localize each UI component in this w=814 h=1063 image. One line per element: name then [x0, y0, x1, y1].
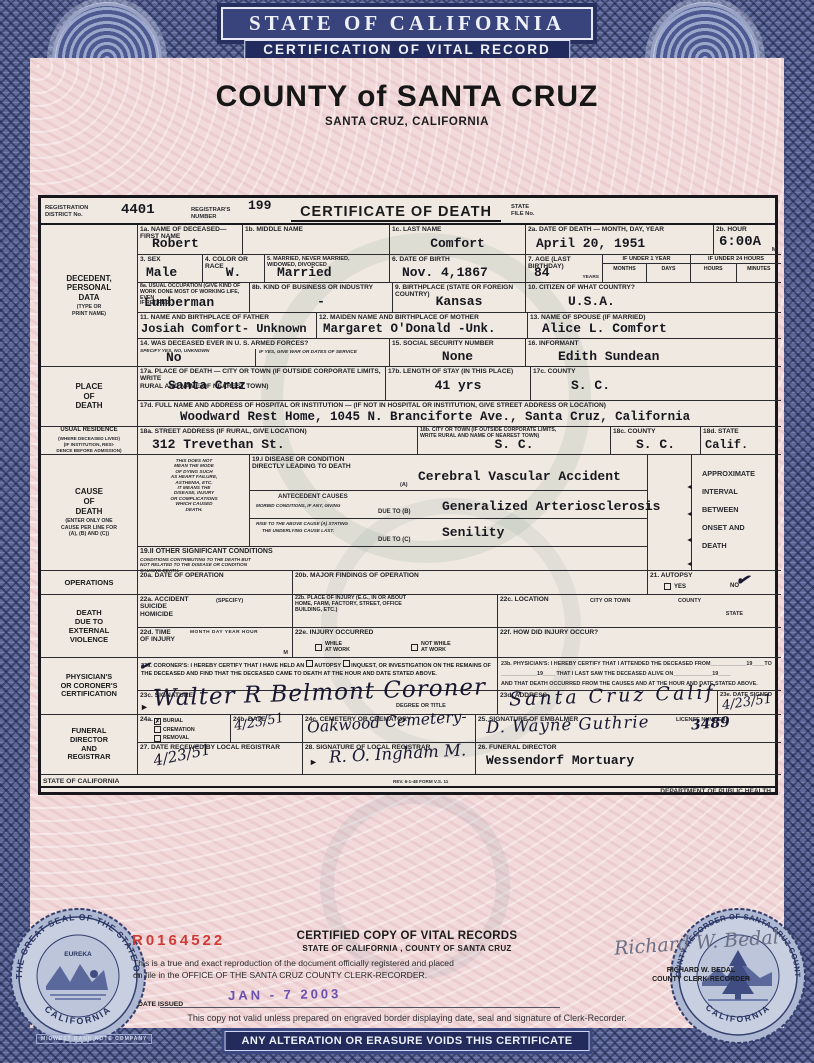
clerk-recorder-name: RICHARD W. BEDAL: [608, 967, 794, 974]
cause-interval-cell: APPROXIMATE INTERVAL BETWEEN ONSET AND D…: [692, 455, 781, 571]
state-banner: STATE OF CALIFORNIA: [221, 7, 593, 40]
removal-label: REMOVAL: [163, 734, 189, 743]
f7u1-months: MONTHS: [603, 264, 646, 282]
field-1a-first-name: 1a. NAME OF DECEASED—FIRST NAME Robert: [138, 225, 243, 255]
f21-label: 21. AUTOPSY: [650, 572, 780, 579]
form-footer-department: DEPARTMENT OF PUBLIC HEALTH: [660, 788, 771, 796]
record-banner: CERTIFICATION OF VITAL RECORD: [244, 40, 570, 59]
field-14-armed-forces: 14. WAS DECEASED EVER IN U. S. ARMED FOR…: [138, 339, 390, 367]
autopsy-yes-checkbox: [664, 583, 671, 590]
clerk-recorder-title: COUNTY CLERK-RECORDER: [608, 976, 794, 983]
f18b-value: S. C.: [418, 437, 610, 452]
field-7-if-under-24-hours: IF UNDER 24 HOURS HOURS MINUTES: [691, 255, 781, 283]
form-footer-state: STATE OF CALIFORNIA: [43, 778, 119, 786]
place-of-death-label: PLACE OF DEATH: [75, 382, 102, 411]
certified-copy-body: This is a true and exact reproduction of…: [133, 958, 533, 981]
county-title: COUNTY of SANTA CRUZ: [0, 80, 814, 114]
f19-antecedent-note2: RISE TO THE ABOVE CAUSE (A) STATING: [256, 521, 348, 526]
f22a-sublabel: (SPECIFY): [216, 598, 243, 604]
form-header: REGISTRATION DISTRICT No. 4401 REGISTRAR…: [41, 198, 775, 225]
field-20b-major-findings: 20b. MAJOR FINDINGS OF OPERATION: [293, 571, 648, 595]
field-17d-hospital: 17d. FULL NAME AND ADDRESS OF HOSPITAL O…: [138, 401, 781, 427]
field-21-autopsy: 21. AUTOPSY YES NO: [648, 571, 781, 595]
section-place-of-death: PLACE OF DEATH: [41, 367, 138, 427]
field-22e-injury-occurred: 22e. INJURY OCCURRED WHILE AT WORK NOT W…: [293, 628, 498, 658]
f19-antecedent-note3: THE UNDERLYING CAUSE LAST.: [262, 528, 334, 533]
field-7-age: 7. AGE (LAST BIRTHDAY) 84 YEARS: [526, 255, 603, 283]
f17b-label: 17b. LENGTH OF STAY (IN THIS PLACE): [388, 368, 529, 375]
field-1b-middle-name: 1b. MIDDLE NAME: [243, 225, 390, 255]
f7u24-label: IF UNDER 24 HOURS: [691, 255, 781, 264]
f19-c-value: Senility: [442, 525, 504, 540]
certificate-of-death-form: REGISTRATION DISTRICT No. 4401 REGISTRAR…: [38, 195, 778, 795]
f19-due-b-label: DUE TO (B): [378, 509, 411, 516]
f18c-label: 18c. COUNTY: [613, 428, 699, 435]
f22c-state-label: STATE: [726, 611, 743, 617]
f7u1-label: IF UNDER 1 YEAR: [603, 255, 690, 264]
f14-sublabel2: IF YES, GIVE WAR OR DATES OF SERVICE: [259, 350, 379, 356]
burial-option: ✗BURIAL: [154, 717, 195, 726]
pointer-icon: ►: [140, 702, 149, 712]
f22c-county-label: COUNTY: [678, 598, 701, 604]
cause-main-cell: 19.I DISEASE OR CONDITION DIRECTLY LEADI…: [250, 455, 648, 547]
disposition-options: ✗BURIAL CREMATION REMOVAL: [154, 717, 195, 743]
section-operations: OPERATIONS: [41, 571, 138, 595]
f8b-value: -: [250, 294, 392, 309]
cremation-label: CREMATION: [163, 726, 195, 735]
field-1c-last-name: 1c. LAST NAME Comfort: [390, 225, 526, 255]
autopsy-no-checkmark: ✔: [735, 569, 751, 590]
f26-value: Wessendorf Mortuary: [486, 753, 634, 768]
f8b-label: 8b. KIND OF BUSINESS OR INDUSTRY: [252, 284, 391, 291]
f7u24-hours: HOURS: [691, 264, 736, 282]
f23b-line1: 23b. PHYSICIAN'S: I HEREBY CERTIFY THAT …: [501, 661, 772, 667]
form-rev-note: REV. 6-1-48 FORM V.S. 11: [393, 779, 448, 784]
f23a-pre: 23a. CORONER'S: I HEREBY CERTIFY THAT I …: [141, 663, 304, 669]
field-22d-time-of-injury: 22d. TIME OF INJURY MONTH DAY YEAR HOUR …: [138, 628, 293, 658]
f17a-value: Santa Cruz: [168, 378, 246, 393]
field-22a-accident-suicide-homicide: 22a. ACCIDENT SUICIDE HOMICIDE (SPECIFY): [138, 595, 293, 628]
field-2b-hour: 2b. HOUR 6:00A M.: [714, 225, 781, 255]
f2b-meridiem: M.: [772, 247, 778, 253]
state-file-label: STATE FILE No.: [511, 204, 535, 217]
f17b-value: 41 yrs: [386, 378, 530, 393]
residence-sublabel: (WHERE DECEASED LIVED) (IF INSTITUTION, …: [56, 436, 121, 453]
right-seal-tree-trunk: [735, 994, 741, 1000]
f18d-label: 18d. STATE: [703, 428, 780, 435]
coroner-autopsy-checkbox: [306, 660, 313, 667]
f23a-opt1: AUTOPSY: [314, 663, 341, 669]
burial-checkbox: ✗: [154, 718, 161, 725]
f20a-label: 20a. DATE OF OPERATION: [140, 572, 291, 579]
not-while-at-work-label: NOT WHILE AT WORK: [421, 641, 451, 653]
field-18b-city: 18b. CITY OR TOWN (IF OUTSIDE CORPORATE …: [418, 427, 611, 455]
cause-line-a: 19.I DISEASE OR CONDITION DIRECTLY LEADI…: [250, 455, 647, 491]
f26-label: 26. FUNERAL DIRECTOR: [478, 744, 780, 751]
f23b-line2: ____________19____ THAT I LAST SAW THE D…: [501, 671, 730, 677]
f10-label: 10. CITIZEN OF WHAT COUNTRY?: [528, 284, 780, 291]
f22e-label: 22e. INJURY OCCURRED: [295, 629, 496, 636]
alteration-banner: ANY ALTERATION OR ERASURE VOIDS THIS CER…: [225, 1031, 590, 1051]
f19-due-c-label: DUE TO (C): [378, 537, 411, 544]
f1c-value: Comfort: [390, 236, 525, 251]
field-26-funeral-director: 26. FUNERAL DIRECTOR Wessendorf Mortuary: [476, 743, 781, 775]
f3-label: 3. SEX: [140, 256, 201, 263]
field-20a-date-of-operation: 20a. DATE OF OPERATION: [138, 571, 293, 595]
f1c-label: 1c. LAST NAME: [392, 226, 524, 233]
autopsy-yes-option: YES: [664, 583, 686, 590]
f1a-value: Robert: [152, 236, 199, 251]
field-10-citizenship: 10. CITIZEN OF WHAT COUNTRY? U.S.A.: [526, 283, 781, 313]
registration-district-label: REGISTRATION DISTRICT No.: [45, 205, 88, 218]
field-12-mother: 12. MAIDEN NAME AND BIRTHPLACE OF MOTHER…: [317, 313, 528, 339]
f5-value: Married: [277, 265, 332, 280]
field-16-informant: 16. INFORMANT Edith Sundean: [526, 339, 781, 367]
field-18a-street-address: 18a. STREET ADDRESS (IF RURAL, GIVE LOCA…: [138, 427, 418, 455]
f6-label: 6. DATE OF BIRTH: [392, 256, 524, 263]
f7u24-minutes: MINUTES: [736, 264, 782, 282]
f12-label: 12. MAIDEN NAME AND BIRTHPLACE OF MOTHER: [319, 314, 526, 321]
while-at-work-checkbox: [315, 644, 322, 651]
f13-value: Alice L. Comfort: [542, 321, 667, 336]
f17c-label: 17c. COUNTY: [533, 368, 780, 375]
f7-value: 84: [534, 265, 550, 280]
pointer-icon: ►: [309, 757, 318, 767]
field-7-if-under-1-year: IF UNDER 1 YEAR MONTHS DAYS: [603, 255, 691, 283]
f2b-label: 2b. HOUR: [716, 226, 780, 233]
f19-a-value: Cerebral Vascular Accident: [418, 469, 621, 484]
cause-note-cell: THIS DOES NOT MEAN THE MODE OF DYING SUC…: [138, 455, 250, 547]
f18c-value: S. C.: [611, 437, 700, 452]
field-22b-place-of-injury: 22b. PLACE OF INJURY (E.G., IN OR ABOUT …: [293, 595, 498, 628]
field-17b-length-of-stay: 17b. LENGTH OF STAY (IN THIS PLACE) 41 y…: [386, 367, 531, 401]
f16-label: 16. INFORMANT: [528, 340, 780, 347]
section-usual-residence: USUAL RESIDENCE (WHERE DECEASED LIVED) (…: [41, 427, 138, 455]
cause-of-death-label: CAUSE OF DEATH: [75, 487, 103, 516]
removal-checkbox: [154, 735, 161, 742]
f4-value: W.: [203, 265, 264, 280]
f17d-label: 17d. FULL NAME AND ADDRESS OF HOSPITAL O…: [140, 402, 780, 409]
f17c-value: S. C.: [571, 378, 610, 393]
f23a-opt2: INQUEST, OR: [351, 663, 387, 669]
f14-divider: [255, 349, 256, 366]
f22d-meridiem: M: [283, 650, 288, 656]
burial-label: BURIAL: [163, 717, 183, 726]
f11-label: 11. NAME AND BIRTHPLACE OF FATHER: [140, 314, 315, 321]
section-decedent: DECEDENT, PERSONAL DATA (TYPE OR PRINT N…: [41, 225, 138, 367]
f2a-value: April 20, 1951: [536, 236, 645, 251]
removal-option: REMOVAL: [154, 734, 195, 743]
validity-note: This copy not valid unless prepared on e…: [0, 1013, 814, 1023]
f17d-value: Woodward Rest Home, 1045 N. Branciforte …: [180, 410, 690, 424]
form-title: CERTIFICATE OF DEATH: [291, 204, 501, 222]
death-certificate-page: { "page": { "state_banner": "STATE OF CA…: [0, 0, 814, 1063]
field-2a-date-of-death: 2a. DATE OF DEATH — MONTH, DAY, YEAR Apr…: [526, 225, 714, 255]
field-8b-business-or-industry: 8b. KIND OF BUSINESS OR INDUSTRY -: [250, 283, 393, 313]
f9-value: Kansas: [393, 294, 525, 309]
f19ii-label: 19.II OTHER SIGNIFICANT CONDITIONS: [140, 548, 646, 556]
date-issued-line: [160, 1007, 560, 1008]
interval-arrow-icon: ◄: [686, 561, 693, 568]
f14-label: 14. WAS DECEASED EVER IN U. S. ARMED FOR…: [140, 340, 388, 347]
f19-antecedent-label: ANTECEDENT CAUSES: [278, 493, 348, 500]
field-11-father: 11. NAME AND BIRTHPLACE OF FATHER Josiah…: [138, 313, 317, 339]
f7u1-columns: MONTHS DAYS: [603, 264, 690, 282]
field-24a-disposition: 24a. ✗BURIAL CREMATION REMOVAL: [138, 715, 231, 743]
section-funeral-director: FUNERAL DIRECTOR AND REGISTRAR: [41, 715, 138, 775]
great-seal-of-california: THE GREAT SEAL OF THE STATE OF CALIFORNI…: [8, 906, 148, 1046]
residence-label: USUAL RESIDENCE: [60, 427, 117, 434]
interval-arrow-icon: ◄: [686, 537, 693, 544]
f2b-value: 6:00A: [719, 234, 761, 250]
field-4-color-or-race: 4. COLOR OR RACE W.: [203, 255, 265, 283]
field-15-ssn: 15. SOCIAL SECURITY NUMBER None: [390, 339, 526, 367]
embalmer-license-handwriting: 3489: [690, 714, 730, 733]
f1b-label: 1b. MIDDLE NAME: [245, 226, 388, 233]
f22b-label: 22b. PLACE OF INJURY (E.G., IN OR ABOUT …: [295, 596, 496, 614]
f18a-value: 312 Trevethan St.: [152, 437, 285, 452]
field-22f-how-did-injury-occur: 22f. HOW DID INJURY OCCUR?: [498, 628, 781, 658]
f11-value: Josiah Comfort- Unknown: [141, 322, 307, 336]
f15-label: 15. SOCIAL SECURITY NUMBER: [392, 340, 524, 347]
f7u24-columns: HOURS MINUTES: [691, 264, 781, 282]
f6-value: Nov. 4,1867: [402, 265, 488, 280]
f22c-label: 22c. LOCATION: [500, 596, 780, 603]
field-8a-occupation: 8a. USUAL OCCUPATION (GIVE KIND OF WORK …: [138, 283, 250, 313]
state-banner-text: STATE OF CALIFORNIA: [249, 11, 565, 35]
f22c-city-label: CITY OR TOWN: [590, 598, 630, 604]
f14-value: No: [166, 350, 182, 365]
decedent-sublabel: (TYPE OR PRINT NAME): [72, 304, 106, 317]
date-issued-stamp: JAN - 7 2003: [228, 986, 342, 1003]
field-17c-county: 17c. COUNTY S. C.: [531, 367, 781, 401]
cause-note: THIS DOES NOT MEAN THE MODE OF DYING SUC…: [142, 458, 246, 512]
f2a-label: 2a. DATE OF DEATH — MONTH, DAY, YEAR: [528, 226, 712, 233]
interval-arrow-icon: ◄: [686, 511, 693, 518]
cremation-checkbox: [154, 726, 161, 733]
f7-years-label: YEARS: [582, 275, 599, 281]
registrars-number-value: 199: [248, 198, 271, 213]
section-external-violence: DEATH DUE TO EXTERNAL VIOLENCE: [41, 595, 138, 658]
f19-antecedent-note1: MORBID CONDITIONS, IF ANY, GIVING: [256, 503, 340, 508]
f22f-label: 22f. HOW DID INJURY OCCUR?: [500, 629, 780, 636]
field-22c-location: 22c. LOCATION CITY OR TOWN COUNTY STATE: [498, 595, 781, 628]
interval-arrow-icon: ◄: [686, 484, 693, 491]
field-18c-county: 18c. COUNTY S. C.: [611, 427, 701, 455]
field-6-date-of-birth: 6. DATE OF BIRTH Nov. 4,1867: [390, 255, 526, 283]
county-subtitle: SANTA CRUZ, CALIFORNIA: [0, 116, 814, 128]
funeral-director-label: FUNERAL DIRECTOR AND REGISTRAR: [68, 727, 111, 762]
cause-line-c: RISE TO THE ABOVE CAUSE (A) STATING THE …: [250, 519, 647, 546]
field-9-birthplace: 9. BIRTHPLACE (STATE OR FOREIGN COUNTRY)…: [393, 283, 526, 313]
not-while-at-work-checkbox: [411, 644, 418, 651]
external-violence-label: DEATH DUE TO EXTERNAL VIOLENCE: [69, 608, 109, 644]
f16-value: Edith Sundean: [558, 349, 659, 364]
left-seal-figure: [90, 970, 98, 978]
f22d-sublabel: MONTH DAY YEAR HOUR: [190, 630, 258, 636]
f20b-label: 20b. MAJOR FINDINGS OF OPERATION: [295, 572, 646, 579]
f7u1-days: DAYS: [646, 264, 690, 282]
interval-label: APPROXIMATE INTERVAL BETWEEN ONSET AND D…: [702, 465, 755, 554]
cremation-option: CREMATION: [154, 726, 195, 735]
cause-of-death-sublabel: (ENTER ONLY ONE CAUSE PER LINE FOR (A), …: [61, 518, 117, 538]
cause-line-b: ANTECEDENT CAUSES MORBID CONDITIONS, IF …: [250, 491, 647, 519]
f18a-label: 18a. STREET ADDRESS (IF RURAL, GIVE LOCA…: [140, 428, 416, 435]
registrars-number-label: REGISTRAR'S NUMBER: [191, 207, 230, 220]
printer-note: MIDWEST BANK NOTE COMPANY: [36, 1034, 152, 1044]
f12-value: Margaret O'Donald -Unk.: [323, 322, 496, 336]
coroner-inquest-checkbox: [343, 660, 350, 667]
field-13-spouse: 13. NAME OF SPOUSE (IF MARRIED) Alice L.…: [528, 313, 781, 339]
field-3-sex: 3. SEX Male: [138, 255, 203, 283]
section-physician-certification: PHYSICIAN'S OR CORONER'S CERTIFICATION: [41, 658, 138, 715]
physician-certification-label: PHYSICIAN'S OR CORONER'S CERTIFICATION: [61, 673, 118, 699]
while-at-work-label: WHILE AT WORK: [325, 641, 350, 653]
f3-value: Male: [146, 265, 177, 280]
field-19ii-other-conditions: 19.II OTHER SIGNIFICANT CONDITIONS CONDI…: [138, 547, 648, 571]
while-at-work-option: WHILE AT WORK: [315, 641, 350, 653]
autopsy-yes-label: YES: [674, 584, 686, 590]
f15-value: None: [390, 349, 525, 364]
field-18d-state: 18d. STATE Calif.: [701, 427, 781, 455]
section-cause-of-death: CAUSE OF DEATH (ENTER ONLY ONE CAUSE PER…: [41, 455, 138, 571]
f19-b-value: Generalized Arteriosclerosis: [442, 499, 660, 514]
f19-a-tag: (A): [400, 482, 408, 488]
f8a-value: Lumberman: [144, 295, 214, 310]
field-5-marital-status: 5. MARRIED, NEVER MARRIED, WIDOWED, DIVO…: [265, 255, 390, 283]
operations-label: OPERATIONS: [64, 578, 113, 587]
registration-district-value: 4401: [121, 202, 155, 218]
f10-value: U.S.A.: [568, 294, 615, 309]
record-banner-text: CERTIFICATION OF VITAL RECORD: [263, 42, 551, 57]
field-17a-place-of-death-city: 17a. PLACE OF DEATH — CITY OR TOWN (IF O…: [138, 367, 386, 401]
f18d-value: Calif.: [705, 438, 748, 452]
not-while-at-work-option: NOT WHILE AT WORK: [411, 641, 451, 653]
decedent-label: DECEDENT, PERSONAL DATA: [66, 274, 111, 303]
